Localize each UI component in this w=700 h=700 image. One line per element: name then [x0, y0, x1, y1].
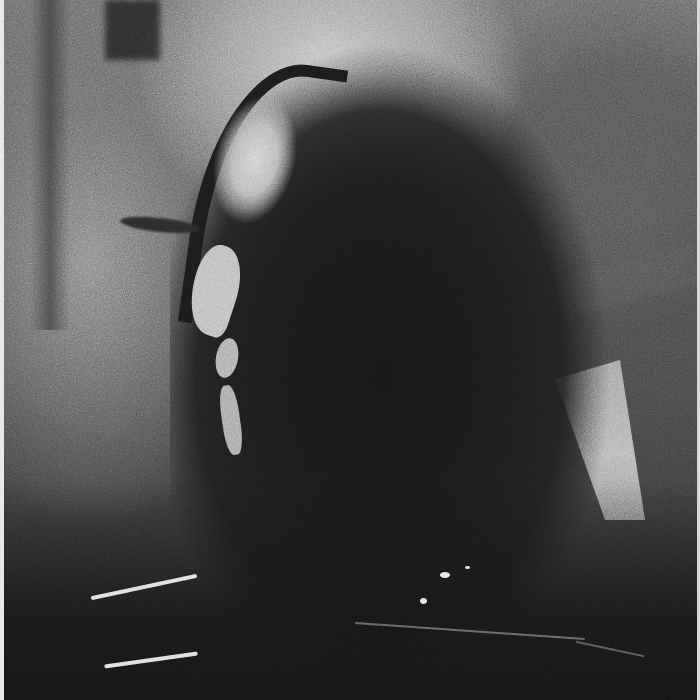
photo-border-left [0, 0, 4, 700]
film-grain-darken [0, 0, 700, 700]
photograph: Grainy high-contrast black-and-white pho… [0, 0, 700, 700]
